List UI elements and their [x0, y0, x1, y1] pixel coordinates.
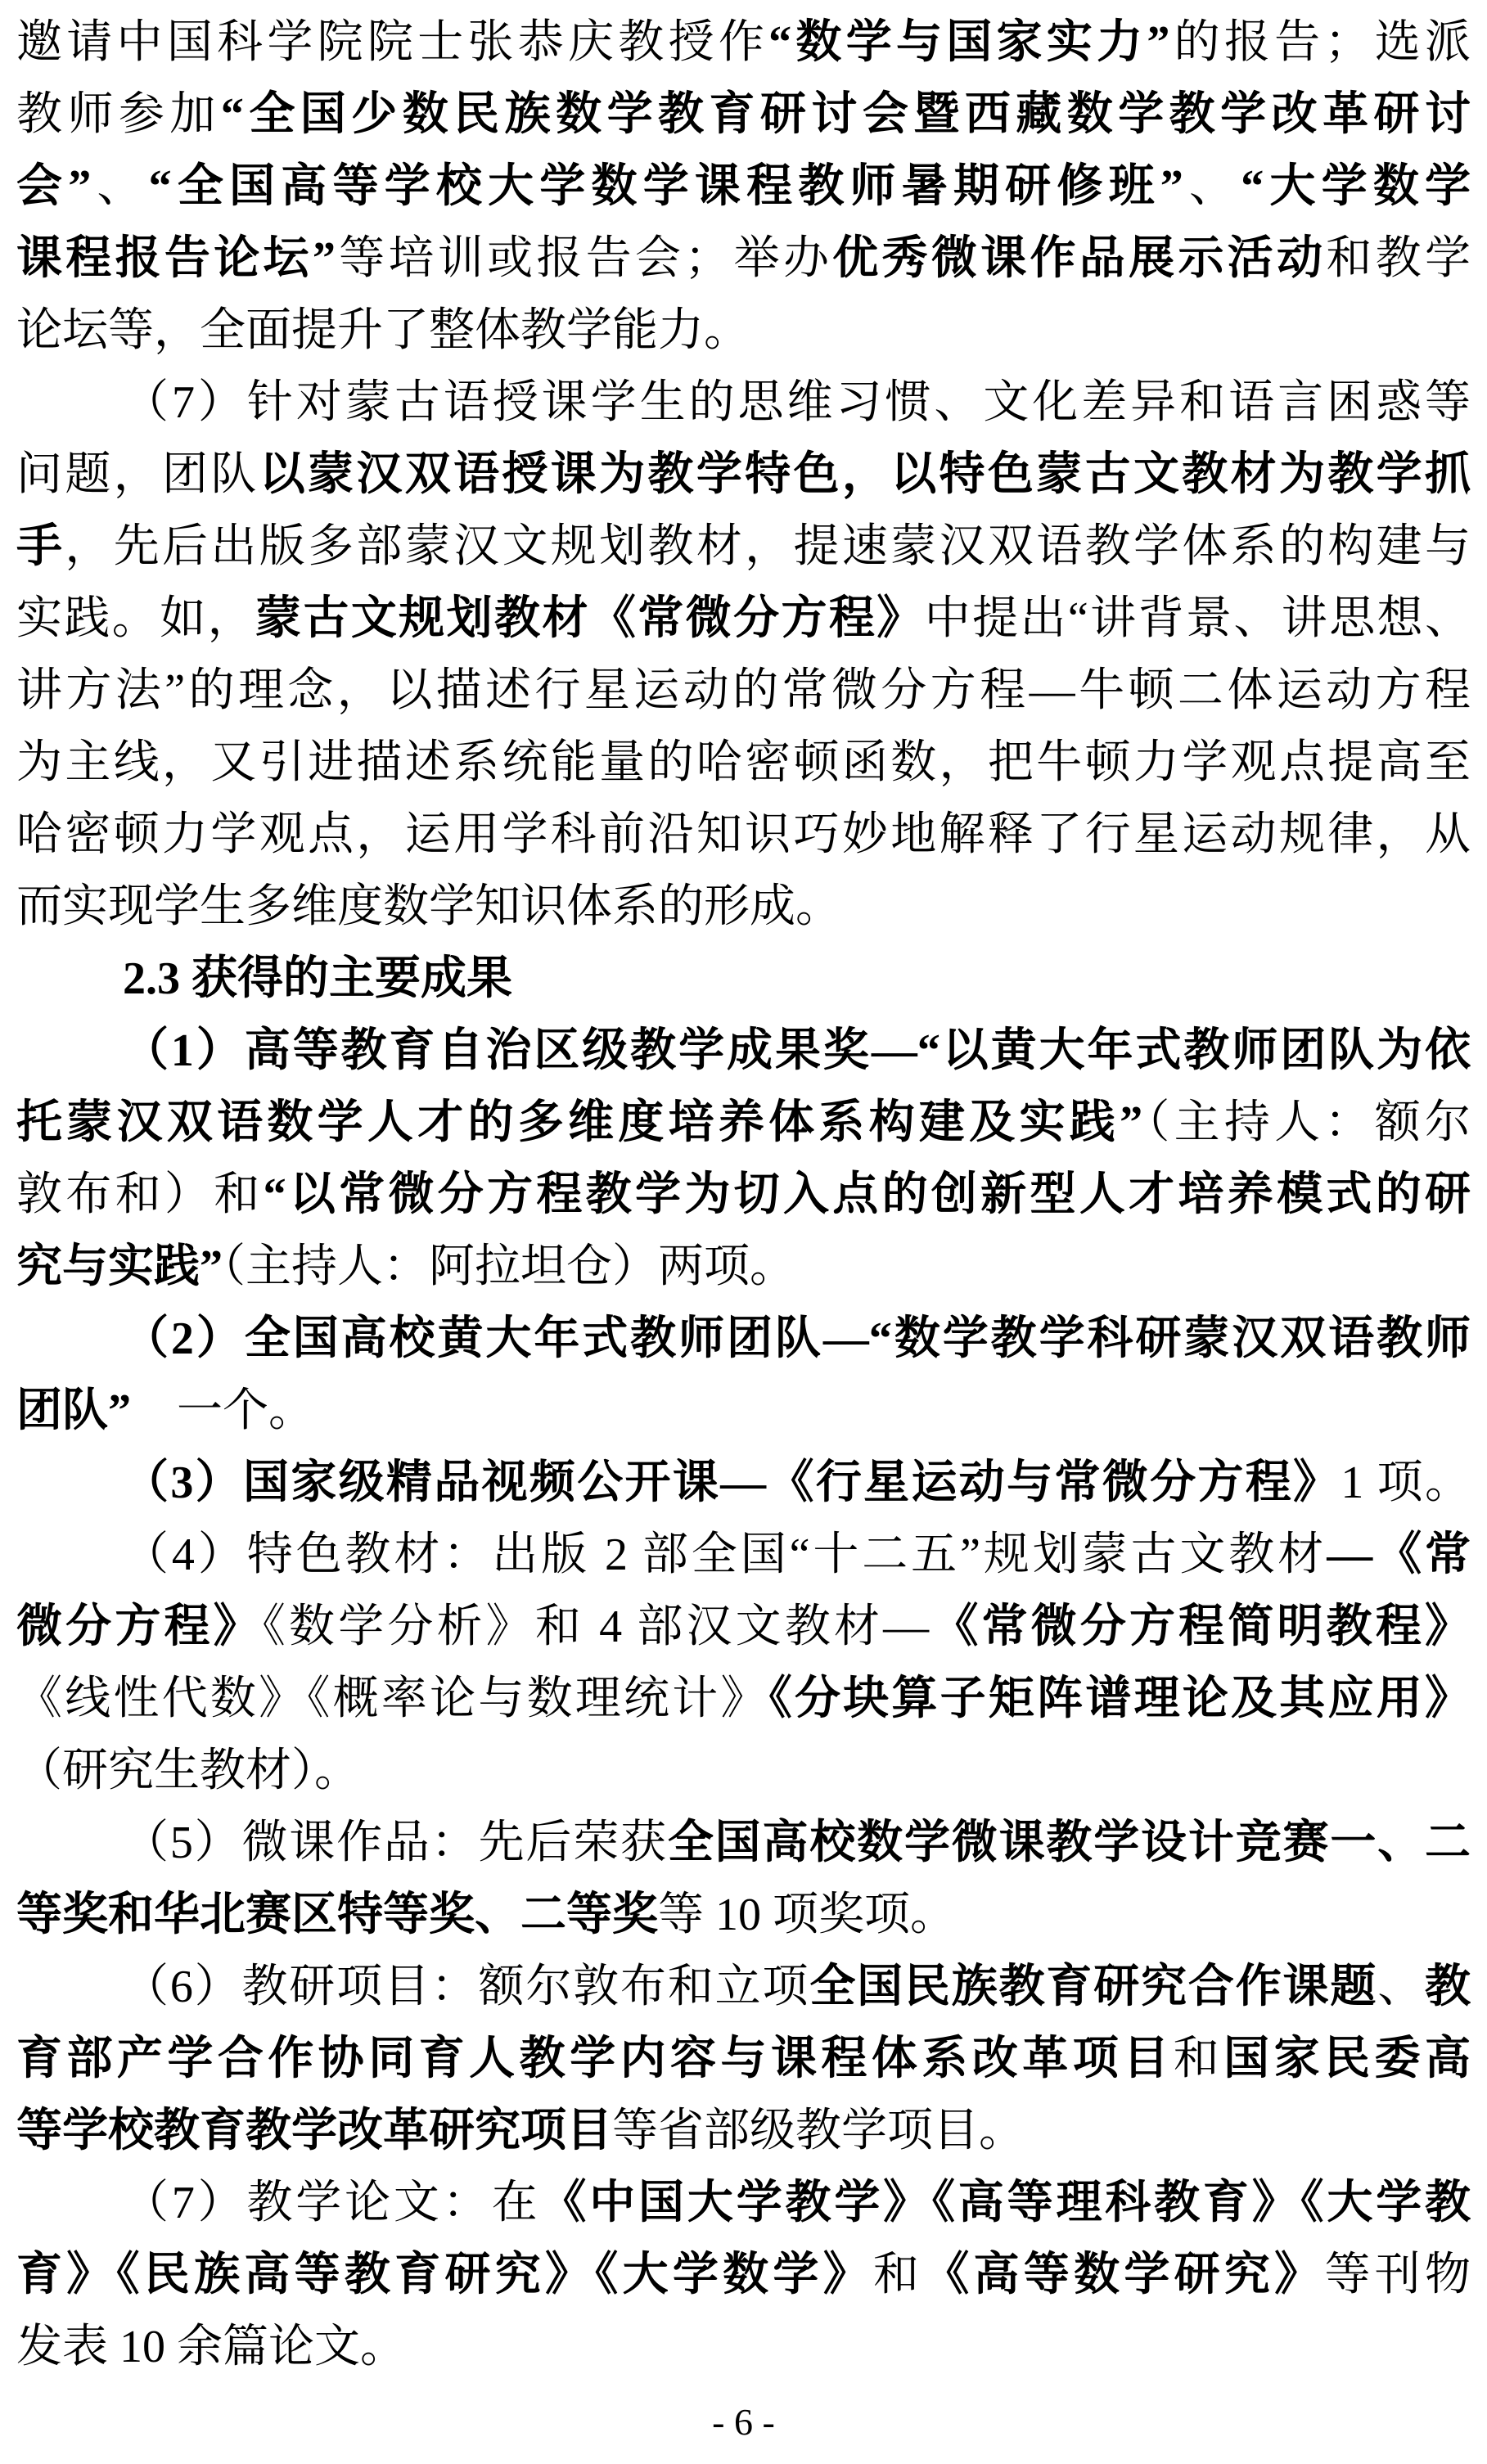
- text-segment: 等刊物: [1324, 2250, 1471, 2300]
- text-line: （7）针对蒙古语授课学生的思维习惯、文化差异和语言困惑等: [16, 367, 1471, 439]
- text-segment: 等培训或报告会；举办: [336, 233, 832, 284]
- bold-text-segment: 全国高校数学微课教学设计竞赛一、二: [668, 1818, 1471, 1868]
- text-line: 托蒙汉双语数学人才的多维度培养体系构建及实践”（主持人：额尔: [16, 1087, 1471, 1159]
- bold-text-segment: 《分块算子矩阵谱理论及其应用》: [769, 1673, 1471, 1724]
- bold-text-segment: 育》《民族高等教育研究》《大学数学》: [16, 2250, 873, 2300]
- bold-text-segment: 2.3 获得的主要成果: [123, 953, 512, 1004]
- bold-text-segment: 团队”: [16, 1385, 131, 1436]
- text-line: 而实现学生多维度数学知识体系的形成。: [16, 871, 1471, 943]
- bold-text-segment: （2）全国高校黄大年式教师团队—“数学教学科研蒙汉双语教师: [123, 1313, 1471, 1364]
- bold-text-segment: “数学与国家实力”: [768, 17, 1169, 68]
- text-line: （1）高等教育自治区级教学成果奖—“以黄大年式教师团队为依: [16, 1015, 1471, 1087]
- text-segment: 《数学分析》和 4 部汉文教材—: [263, 1601, 929, 1652]
- text-line: （3）国家级精品视频公开课—《行星运动与常微分方程》1 项。: [16, 1447, 1471, 1519]
- bold-text-segment: 蒙古文规划教材《常微分方程》: [255, 593, 925, 644]
- text-segment: 的报告；选派: [1169, 17, 1471, 68]
- text-segment: （5）微课作品：先后荣获: [123, 1818, 668, 1868]
- text-line: 手，先后出版多部蒙汉文规划教材，提速蒙汉双语教学体系的构建与: [16, 511, 1471, 583]
- text-line: 敦布和）和“以常微分方程教学为切入点的创新型人才培养模式的研: [16, 1159, 1471, 1231]
- text-segment: 哈密顿力学观点，运用学科前沿知识巧妙地解释了行星运动规律，从: [16, 809, 1471, 860]
- text-segment: （7）针对蒙古语授课学生的思维习惯、文化差异和语言困惑等: [123, 377, 1471, 428]
- text-segment: 、: [91, 161, 148, 212]
- text-line: 讲方法”的理念，以描述行星运动的常微分方程—牛顿二体运动方程: [16, 655, 1471, 727]
- bold-text-segment: 以蒙汉双语授课为教学特色，以特色蒙古文教材为教学抓: [259, 449, 1471, 500]
- text-line: 等学校教育教学改革研究项目等省部级教学项目。: [16, 2095, 1471, 2167]
- text-line: 育部产学合作协同育人教学内容与课程体系改革项目和国家民委高: [16, 2023, 1471, 2095]
- text-segment: （6）教研项目：额尔敦布和立项: [123, 1962, 809, 2012]
- text-line: 发表 10 余篇论文。: [16, 2311, 1471, 2383]
- page-number: - 6 -: [0, 2398, 1487, 2447]
- bold-text-segment: 教: [1425, 1962, 1471, 2012]
- text-segment: 等省部级教学项目。: [612, 2106, 1025, 2156]
- text-line: （4）特色教材：出版 2 部全国“十二五”规划蒙古文教材—《常: [16, 1519, 1471, 1591]
- text-segment: 和: [873, 2250, 923, 2300]
- text-line: 实践。如，蒙古文规划教材《常微分方程》中提出“讲背景、讲思想、: [16, 583, 1471, 655]
- text-line: 等奖和华北赛区特等奖、二等奖等 10 项奖项。: [16, 1879, 1471, 1951]
- text-segment: 论坛等，全面提升了整体教学能力。: [16, 305, 750, 356]
- text-segment: 等 10 项奖项。: [658, 1890, 956, 1940]
- text-line: 论坛等，全面提升了整体教学能力。: [16, 295, 1471, 367]
- text-segment: 、: [1377, 1962, 1425, 2012]
- bold-text-segment: “大学数学: [1241, 161, 1471, 212]
- bold-text-segment: （3）国家级精品视频公开课—《行星运动与常微分方程》: [123, 1457, 1341, 1508]
- text-segment: 1 项。: [1341, 1457, 1471, 1508]
- text-line: 微分方程》《数学分析》和 4 部汉文教材—《常微分方程简明教程》: [16, 1591, 1471, 1663]
- bold-text-segment: 课程报告论坛”: [16, 233, 336, 284]
- text-segment: 《线性代数》《概率论与数理统计》: [16, 1673, 769, 1724]
- text-line: 课程报告论坛”等培训或报告会；举办优秀微课作品展示活动和教学: [16, 223, 1471, 295]
- bold-text-segment: 《中国大学教学》《高等理科教育》《大学教: [540, 2178, 1471, 2228]
- text-line: 邀请中国科学院院士张恭庆教授作“数学与国家实力”的报告；选派: [16, 7, 1471, 79]
- text-line: （6）教研项目：额尔敦布和立项全国民族教育研究合作课题、教: [16, 1951, 1471, 2023]
- text-line: 2.3 获得的主要成果: [16, 943, 1471, 1015]
- text-line: 问题，团队以蒙汉双语授课为教学特色，以特色蒙古文教材为教学抓: [16, 439, 1471, 511]
- bold-text-segment: 究与实践”: [16, 1241, 223, 1292]
- text-segment: 实践。如，: [16, 593, 255, 644]
- text-line: 为主线，又引进描述系统能量的哈密顿函数，把牛顿力学观点提高至: [16, 727, 1471, 799]
- text-segment: （研究生教材）。: [16, 1746, 360, 1796]
- text-segment: 问题，团队: [16, 449, 259, 500]
- bold-text-segment: 等奖和华北赛区特等奖、二等奖: [16, 1890, 658, 1940]
- text-segment: 为主线，又引进描述系统能量的哈密顿函数，把牛顿力学观点提高至: [16, 737, 1471, 788]
- text-segment: （主持人：额尔: [1142, 1097, 1471, 1148]
- bold-text-segment: 《高等数学研究》: [923, 2250, 1324, 2300]
- bold-text-segment: 会”: [16, 161, 91, 212]
- text-segment: ，先后出版多部蒙汉文规划教材，提速蒙汉双语教学体系的构建与: [65, 521, 1471, 572]
- text-line: （2）全国高校黄大年式教师团队—“数学教学科研蒙汉双语教师: [16, 1303, 1471, 1375]
- text-segment: 教师参加: [16, 89, 221, 140]
- text-line: 究与实践”（主持人：阿拉坦仓）两项。: [16, 1231, 1471, 1303]
- text-line: 育》《民族高等教育研究》《大学数学》和《高等数学研究》等刊物: [16, 2239, 1471, 2311]
- bold-text-segment: 优秀微课作品展示活动: [832, 233, 1326, 284]
- bold-text-segment: 等学校教育教学改革研究项目: [16, 2106, 612, 2156]
- text-segment: 和: [1174, 2034, 1223, 2084]
- bold-text-segment: 育部产学合作协同育人教学内容与课程体系改革项目: [16, 2034, 1174, 2084]
- text-segment: 发表 10 余篇论文。: [16, 2322, 406, 2372]
- text-segment: 敦布和）和: [16, 1169, 264, 1220]
- bold-text-segment: 国家民委高: [1223, 2034, 1471, 2084]
- text-line: 教师参加“全国少数民族数学教育研讨会暨西藏数学教学改革研讨: [16, 79, 1471, 151]
- text-line: （研究生教材）。: [16, 1735, 1471, 1807]
- bold-text-segment: 全国民族教育研究合作课题: [809, 1962, 1377, 2012]
- bold-text-segment: “全国高等学校大学数学课程教师暑期研修班”: [149, 161, 1183, 212]
- document-page: 邀请中国科学院院士张恭庆教授作“数学与国家实力”的报告；选派教师参加“全国少数民…: [0, 0, 1487, 2464]
- text-segment: 邀请中国科学院院士张恭庆教授作: [16, 17, 768, 68]
- text-segment: （4）特色教材：出版 2 部全国“十二五”规划蒙古文教材: [123, 1529, 1327, 1580]
- text-segment: 、: [1183, 161, 1241, 212]
- bold-text-segment: 托蒙汉双语数学人才的多维度培养体系构建及实践”: [16, 1097, 1142, 1148]
- text-line: 《线性代数》《概率论与数理统计》《分块算子矩阵谱理论及其应用》: [16, 1663, 1471, 1735]
- text-segment: 一个。: [131, 1385, 314, 1436]
- document-body: 邀请中国科学院院士张恭庆教授作“数学与国家实力”的报告；选派教师参加“全国少数民…: [16, 7, 1471, 2383]
- text-line: 会”、“全国高等学校大学数学课程教师暑期研修班”、“大学数学: [16, 151, 1471, 223]
- text-segment: 讲方法”的理念，以描述行星运动的常微分方程—牛顿二体运动方程: [16, 665, 1471, 716]
- text-line: （5）微课作品：先后荣获全国高校数学微课教学设计竞赛一、二: [16, 1807, 1471, 1879]
- bold-text-segment: （1）高等教育自治区级教学成果奖—“以黄大年式教师团队为依: [123, 1025, 1471, 1076]
- bold-text-segment: 手: [16, 521, 65, 572]
- text-line: 哈密顿力学观点，运用学科前沿知识巧妙地解释了行星运动规律，从: [16, 799, 1471, 871]
- bold-text-segment: —《常: [1327, 1529, 1471, 1580]
- text-line: 团队” 一个。: [16, 1375, 1471, 1447]
- text-segment: （7）教学论文：在: [123, 2178, 540, 2228]
- bold-text-segment: “全国少数民族数学教育研讨会暨西藏数学教学改革研讨: [221, 89, 1471, 140]
- bold-text-segment: 《常微分方程简明教程》: [929, 1601, 1471, 1652]
- text-segment: 而实现学生多维度数学知识体系的形成。: [16, 881, 841, 932]
- bold-text-segment: “以常微分方程教学为切入点的创新型人才培养模式的研: [264, 1169, 1471, 1220]
- text-segment: 和教学: [1326, 233, 1471, 284]
- text-line: （7）教学论文：在《中国大学教学》《高等理科教育》《大学教: [16, 2167, 1471, 2239]
- text-segment: 中提出“讲背景、讲思想、: [925, 593, 1471, 644]
- text-segment: （主持人：阿拉坦仓）两项。: [223, 1241, 795, 1292]
- bold-text-segment: 微分方程》: [16, 1601, 263, 1652]
